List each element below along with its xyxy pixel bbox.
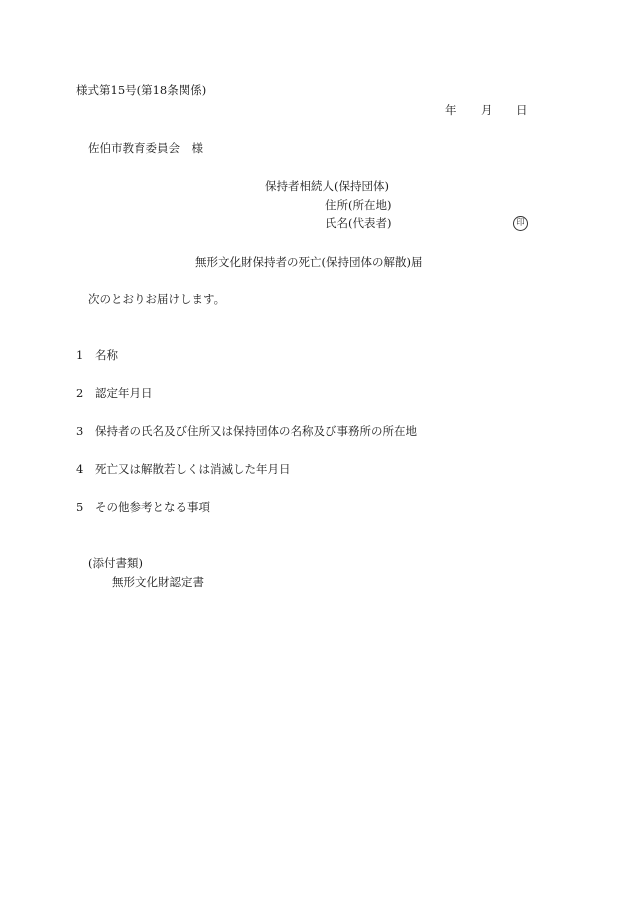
document-title: 無形文化財保持者の死亡(保持団体の解散)届 — [195, 255, 422, 269]
item-number: 5 — [76, 500, 88, 514]
item-number: 2 — [76, 386, 88, 400]
item-label: その他参考となる事項 — [95, 500, 210, 514]
item-number: 3 — [76, 424, 88, 438]
body-text: 次のとおりお届けします。 — [88, 292, 225, 306]
date-year-label: 年 — [445, 103, 457, 117]
seal-icon: 印 — [513, 216, 528, 231]
attachments-header: (添付書類) — [88, 556, 143, 570]
date-day-label: 日 — [516, 103, 528, 117]
form-number: 様式第15号(第18条関係) — [76, 83, 206, 97]
addressee: 佐伯市教育委員会 様 — [88, 141, 203, 155]
date-month-label: 月 — [481, 103, 493, 117]
name-label: 氏名(代表者) — [325, 216, 391, 230]
heir-label: 保持者相続人(保持団体) — [265, 179, 389, 193]
item-label: 保持者の氏名及び住所又は保持団体の名称及び事務所の所在地 — [95, 424, 417, 438]
address-label: 住所(所在地) — [325, 198, 391, 212]
item-label: 名称 — [95, 348, 118, 362]
attachment-item: 無形文化財認定書 — [112, 575, 204, 589]
item-label: 死亡又は解散若しくは消滅した年月日 — [95, 462, 291, 476]
item-number: 4 — [76, 462, 88, 476]
item-label: 認定年月日 — [95, 386, 153, 400]
item-number: 1 — [76, 348, 88, 362]
